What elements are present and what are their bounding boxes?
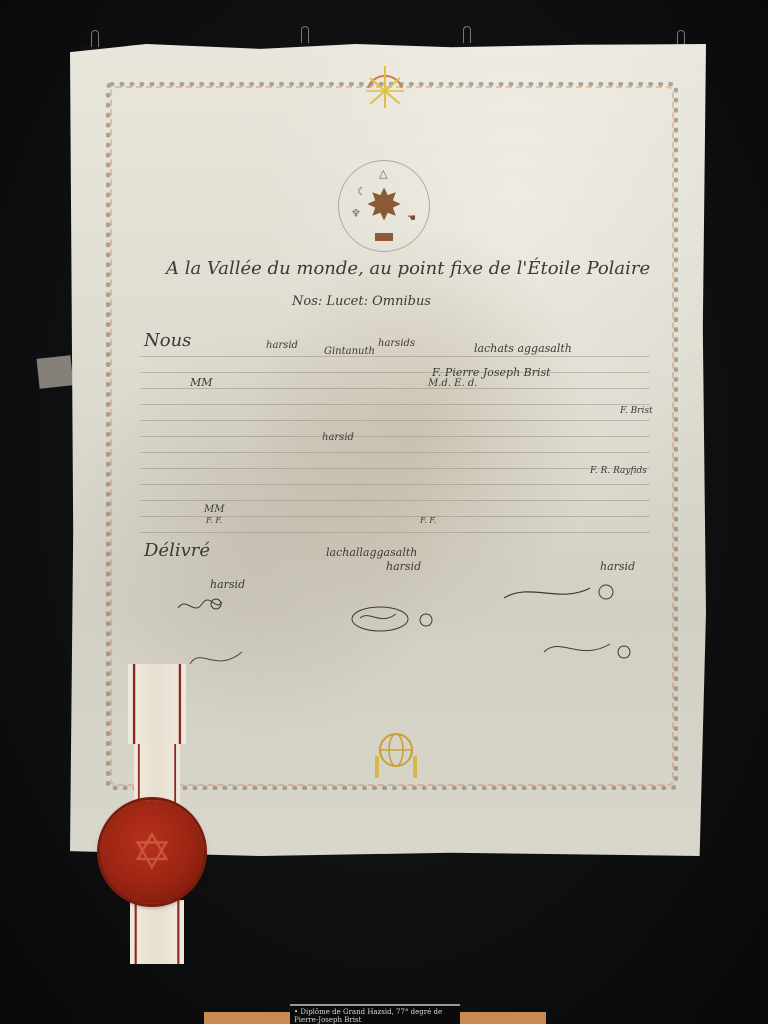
- ruled-line: [140, 372, 650, 373]
- signature-lower-right-icon: [540, 634, 640, 664]
- torch-icon: ♆: [351, 207, 361, 220]
- heading-line-2: Nos: Lucet: Omnibus: [292, 294, 431, 309]
- wall-tag: [37, 355, 74, 388]
- closing-word: harsid: [386, 560, 421, 573]
- ruled-line: [140, 356, 650, 357]
- red-wax-seal: ✡: [100, 800, 204, 904]
- bar-icon: [375, 233, 393, 241]
- signature-center-icon: [350, 604, 440, 634]
- ribbon-upper: [134, 744, 180, 804]
- body-word: F. R. Rayfids: [590, 466, 647, 476]
- crescent-moon-icon: ☾: [357, 185, 367, 198]
- ruled-line: [140, 436, 650, 437]
- rose-compass-emblem-icon: [360, 58, 410, 114]
- ruled-line: [140, 484, 650, 485]
- star-medallion: ✸ △ ☾ ♆ ☚: [338, 160, 430, 252]
- wood-plank: [460, 1012, 546, 1024]
- body-word: harsid: [322, 432, 354, 443]
- hand-icon: ☚: [407, 213, 416, 224]
- body-word: F. F.: [206, 516, 222, 525]
- body-word: F. F.: [420, 516, 436, 525]
- ribbon-lower: [130, 900, 184, 964]
- body-signature: F. Brist: [620, 406, 653, 416]
- body-word: MM: [204, 504, 224, 515]
- triangle-icon: △: [379, 167, 387, 180]
- delivered-word: Délivré: [144, 540, 210, 561]
- body-word: Gintanuth: [324, 346, 375, 357]
- closing-word: lachallaggasalth: [326, 546, 417, 559]
- seal-star-icon: ✡: [131, 827, 173, 877]
- signature-right-icon: [500, 578, 620, 612]
- closing-word: harsid: [600, 560, 635, 573]
- ruled-line: [140, 420, 650, 421]
- body-word: harsids: [378, 338, 415, 349]
- ruled-line: [140, 468, 650, 469]
- body-word: lachats aggasalth: [474, 342, 572, 355]
- body-word: MM: [190, 376, 213, 389]
- globe-on-columns-icon: [372, 730, 420, 780]
- body-word: M.d. E. d.: [428, 378, 477, 389]
- ruled-line: [140, 452, 650, 453]
- signature-lower-left-icon: [186, 644, 246, 674]
- ruled-line: [140, 532, 650, 533]
- ruled-line: [140, 388, 650, 389]
- ruled-line: [140, 500, 650, 501]
- signature-left-icon: [176, 594, 226, 620]
- heading-line-1: A la Vallée du monde, au point fixe de l…: [166, 258, 650, 279]
- opening-word: Nous: [144, 330, 191, 351]
- eight-point-star-icon: ✸: [366, 184, 403, 228]
- closing-word: harsid: [210, 578, 245, 591]
- body-word: harsid: [266, 340, 298, 351]
- wood-plank: [204, 1012, 290, 1024]
- ribbon-loops: [128, 664, 186, 744]
- ruled-line: [140, 404, 650, 405]
- museum-caption: • Diplôme de Grand Hazsid, 77° degré de …: [290, 1004, 460, 1024]
